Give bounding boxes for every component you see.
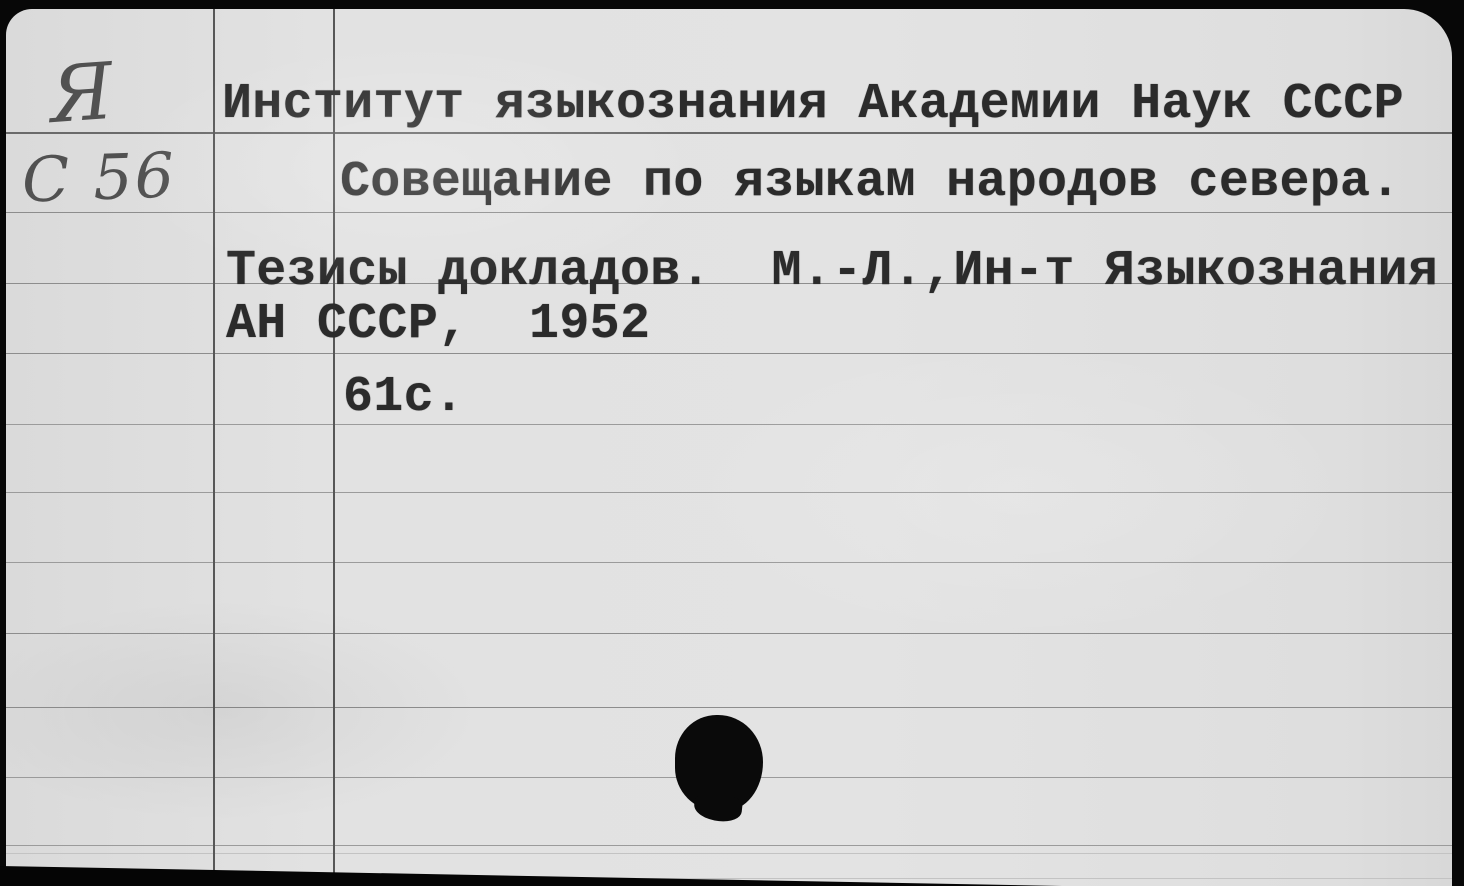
scanned-page: Я С 56 Институт языкознания Академии Нау… (0, 0, 1464, 886)
imprint-line-1: Тезисы докладов. М.-Л.,Ин-т Языкознания (226, 247, 1438, 297)
catalog-card: Я С 56 Институт языкознания Академии Нау… (6, 9, 1452, 886)
ruled-line (6, 212, 1452, 213)
ruled-line (6, 562, 1452, 563)
column-rule-right (333, 9, 335, 886)
ruled-line (6, 424, 1452, 425)
heading-line: Институт языкознания Академии Наук СССР (222, 80, 1404, 130)
hole-punch-notch (693, 793, 743, 824)
title-line: Совещание по языкам народов севера. (340, 158, 1401, 208)
ruled-line (6, 633, 1452, 634)
ruled-line (6, 845, 1452, 846)
imprint-line-2: АН СССР, 1952 (226, 300, 650, 350)
call-number-code: С 56 (21, 144, 177, 211)
ruled-line (6, 353, 1452, 354)
ruled-line (6, 853, 1452, 854)
ruled-line (6, 707, 1452, 708)
pagination-line: 61с. (343, 373, 464, 423)
column-rule-left (213, 9, 215, 886)
ruled-line (6, 492, 1452, 493)
call-number-letter: Я (47, 53, 115, 135)
